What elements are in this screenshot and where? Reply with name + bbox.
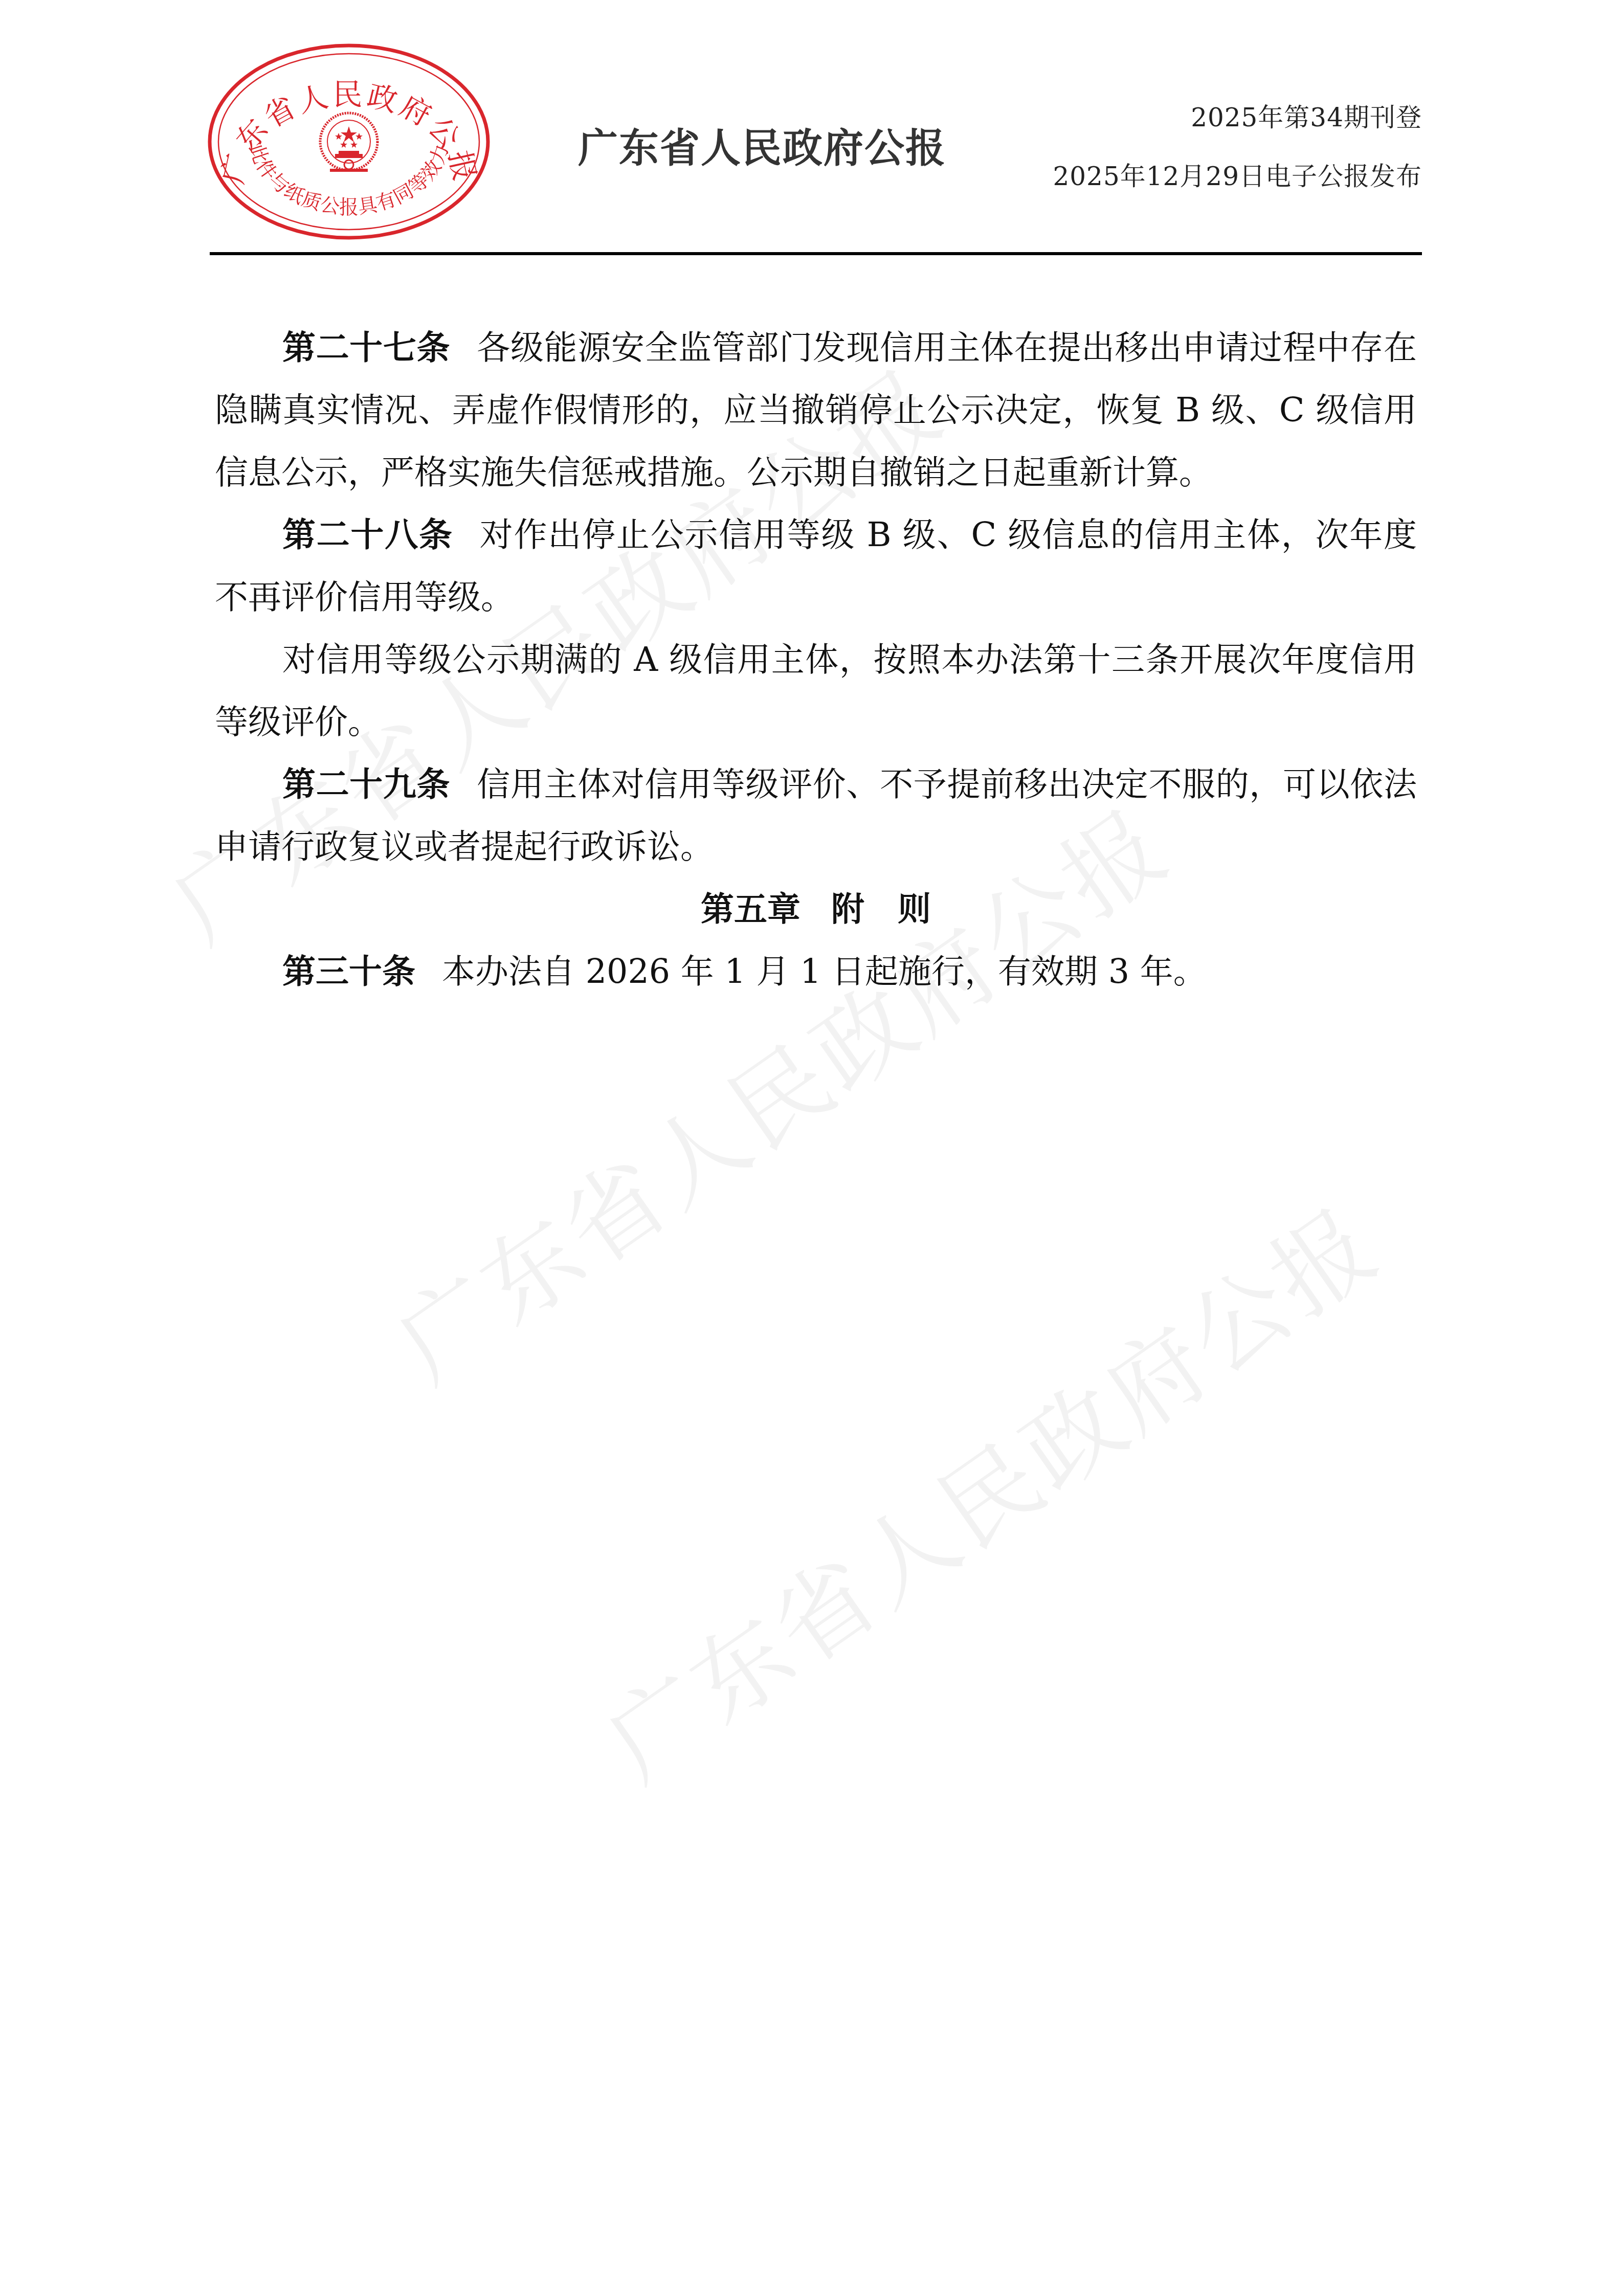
article-number: 第二十七条 bbox=[282, 329, 450, 367]
article-text: 对信用等级公示期满的 A 级信用主体，按照本办法第十三条开展次年度信用等级评价。 bbox=[215, 641, 1417, 741]
article-27: 第二十七条各级能源安全监管部门发现信用主体在提出移出申请过程中存在隐瞒真实情况、… bbox=[215, 317, 1417, 504]
chapter-title: 附 则 bbox=[831, 890, 931, 929]
national-emblem-icon bbox=[320, 113, 377, 172]
document-body: 第二十七条各级能源安全监管部门发现信用主体在提出移出申请过程中存在隐瞒真实情况、… bbox=[215, 317, 1417, 1003]
article-30: 第三十条本办法自 2026 年 1 月 1 日起施行，有效期 3 年。 bbox=[215, 941, 1417, 1003]
article-28-paragraph-2: 对信用等级公示期满的 A 级信用主体，按照本办法第十三条开展次年度信用等级评价。 bbox=[215, 629, 1417, 754]
article-text: 本办法自 2026 年 1 月 1 日起施行，有效期 3 年。 bbox=[442, 953, 1207, 991]
article-29: 第二十九条信用主体对信用等级评价、不予提前移出决定不服的，可以依法申请行政复议或… bbox=[215, 754, 1417, 879]
publish-date: 2025年12月29日电子公报发布 bbox=[1053, 156, 1422, 193]
chapter-number: 第五章 bbox=[701, 890, 800, 929]
gazette-title: 广东省人民政府公报 bbox=[578, 117, 946, 174]
official-seal: 广东省人民政府公报 此件与纸质公报具有同等效力 bbox=[207, 42, 491, 241]
seal-icon: 广东省人民政府公报 此件与纸质公报具有同等效力 bbox=[207, 42, 491, 241]
article-28: 第二十八条对作出停止公示信用等级 B 级、C 级信息的信用主体，次年度不再评价信… bbox=[215, 504, 1417, 629]
article-number: 第二十八条 bbox=[282, 516, 453, 554]
issue-number: 2025年第34期刊登 bbox=[1191, 97, 1422, 134]
watermark: 广东省人民政府公报 bbox=[574, 1169, 1401, 1807]
article-number: 第二十九条 bbox=[282, 766, 450, 804]
chapter-heading: 第五章附 则 bbox=[215, 879, 1417, 941]
header-divider bbox=[210, 252, 1422, 255]
article-number: 第三十条 bbox=[282, 953, 415, 991]
